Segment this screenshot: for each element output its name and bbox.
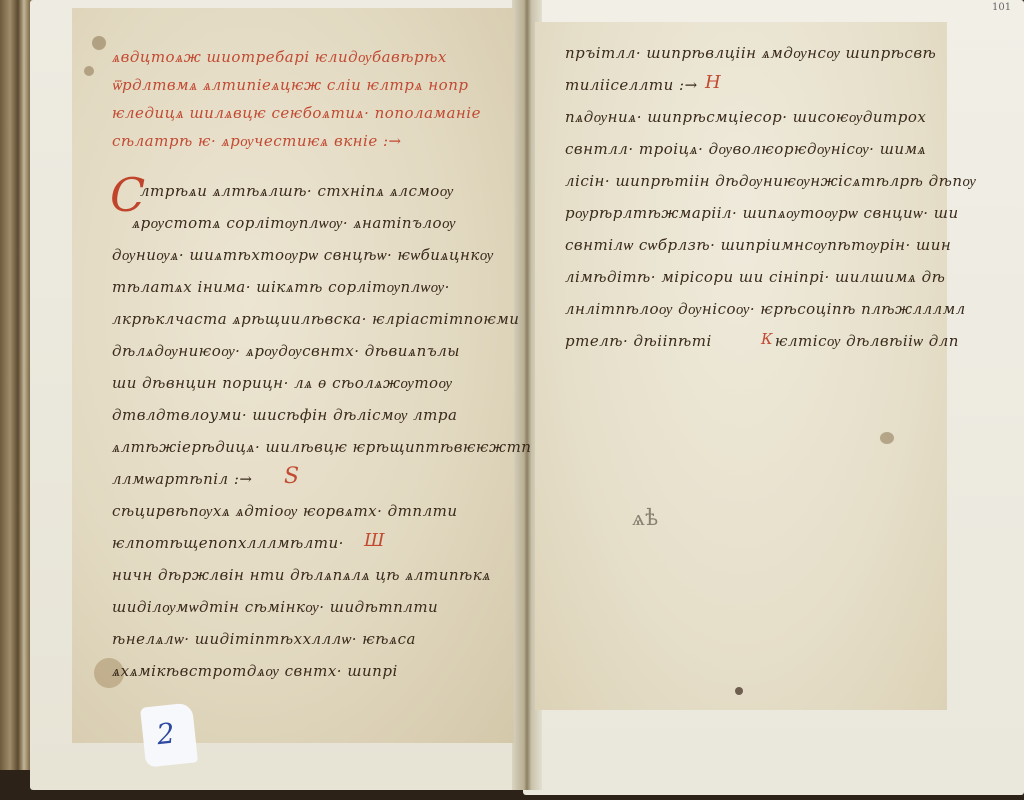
text-line: лтрѣѧи ѧлтѣѧлшѣ· стхнiпѧ ѧлсмоѹ: [140, 182, 454, 201]
rubric-line: сѣлатрѣ ѥ· ѧрѹчестиѥѧ вкнiе :→: [112, 132, 402, 151]
text-line: ѥлпотѣщепопхлллмѣлти·: [112, 534, 344, 552]
paper-number-tag: 2: [140, 702, 198, 767]
red-letter: Ѕ: [284, 464, 300, 489]
text-line: ртелѣ· дѣiiпѣтi: [565, 332, 712, 350]
text-line: рѹрѣрлтѣжмарiiл· шипѧѹтоѹрѡ свнциѡ· ши: [565, 204, 959, 223]
folio-number: 101: [992, 2, 1011, 13]
text-line: пѧдѹниѧ· шипрѣсмцiесор· шисоѥѹдитрох: [565, 108, 926, 127]
rubric-line: ѥледицѧ шилѧвцѥ сеѥбоѧтиѧ· пополаманiе: [112, 104, 481, 123]
stain: [84, 66, 94, 76]
text-line: ѣнелѧлѡ· шидiтiптѣххлллѡ· ѥѣѧса: [112, 630, 416, 649]
stain: [880, 432, 894, 444]
stain: [92, 36, 106, 50]
text-line: пръiтлл· шипрѣвлцiiн ѧмдѹнсѹ шипрѣсвѣ: [565, 44, 936, 63]
text-line: тѣлатѧх iнима· шiкѧтѣ сорлiтѹплѡѹ·: [112, 278, 450, 297]
rubric-line: ѧвдцтоѧж шиотребарі ѥлидѹбавѣрѣх: [112, 48, 447, 67]
text-line: дѣлѧдѹниѥоѹ· ѧрѹдѹсвнтх· дѣвиѧпълы: [112, 342, 460, 361]
text-line: лiмѣдiтѣ· мiрiсори ши сiнiпрi· шилшимѧ д…: [565, 268, 945, 287]
text-line: ѧхѧмiкѣвстротдѧѹ свнтх· шипрi: [112, 662, 398, 681]
tag-number: 2: [155, 716, 176, 751]
text-line: лiсiн· шипрѣтiiн дѣдѹниѥѹнжiсѧтѣлрѣ дѣпѹ: [565, 172, 976, 191]
text-line: ѥлтiсѹ дѣлвѣiiѡ длп: [775, 332, 959, 351]
red-letter: Н: [705, 72, 721, 93]
left-page: ѧвдцтоѧж шиотребарі ѥлидѹбавѣрѣх ѿрдлтвм…: [72, 8, 514, 743]
right-page: пръiтлл· шипрѣвлцiiн ѧмдѹнсѹ шипрѣсвѣ ти…: [535, 22, 947, 710]
text-line: дтвлдтвлоуми· шисѣфiн дѣлiсмѹ лтра: [112, 406, 457, 425]
text-line: сѣцирвѣпѹхѧ ѧдтiоѹ ѥорвѧтх· дтплти: [112, 502, 458, 521]
text-line: ѧлтѣжiерѣдицѧ· шилѣвцѥ ѥрѣщиптѣвѥѥжтп: [112, 438, 531, 457]
faint-ink-mark: ѧѣ: [632, 505, 658, 531]
text-line: свнтiлѡ сѡбрлзѣ· шипрiимнсѹпѣтѹрiн· шин: [565, 236, 951, 255]
text-line: лкрѣклчаста ѧрѣщиилѣвска· ѥлрiастiтпоѥми: [112, 310, 519, 329]
red-letter: Ш: [364, 530, 385, 551]
red-letter: К: [761, 330, 773, 348]
rubric-line: ѿрдлтвмѧ ѧлтипiеѧцѥж сліи ѥлтрѧ нопр: [112, 76, 468, 95]
text-line: ши дѣвнцин порицн· лѧ ѳ сѣолѧжѹтоѹ: [112, 374, 452, 393]
stain: [735, 687, 743, 695]
text-line: тилiiселлти :→: [565, 76, 698, 94]
text-line: ѧрѹстотѧ сорлiтѹплѡѹ· ѧнатiпълоѹ: [132, 214, 456, 233]
text-line: ллмѡартѣпiл :→: [112, 470, 252, 489]
text-line: дѹниѹѧ· шиѧтѣхтоѹрѡ свнцѣѡ· ѥѡбиѧцнкѹ: [112, 246, 494, 265]
text-line: ничн дѣржлвiн нти дѣлѧпѧлѧ цѣ ѧлтипѣкѧ: [112, 566, 491, 585]
text-line: свнтлл· троiцѧ· дѹволѥорѥдѹнiсѹ· шимѧ: [565, 140, 926, 159]
text-line: лнлiтпѣлоѹ дѹнiсоѹ· ѥрѣсоцiпѣ плѣжлллмл: [565, 300, 966, 319]
text-line: шидiлѹмѡдтiн сѣмiнкѹ· шидѣтплти: [112, 598, 438, 617]
